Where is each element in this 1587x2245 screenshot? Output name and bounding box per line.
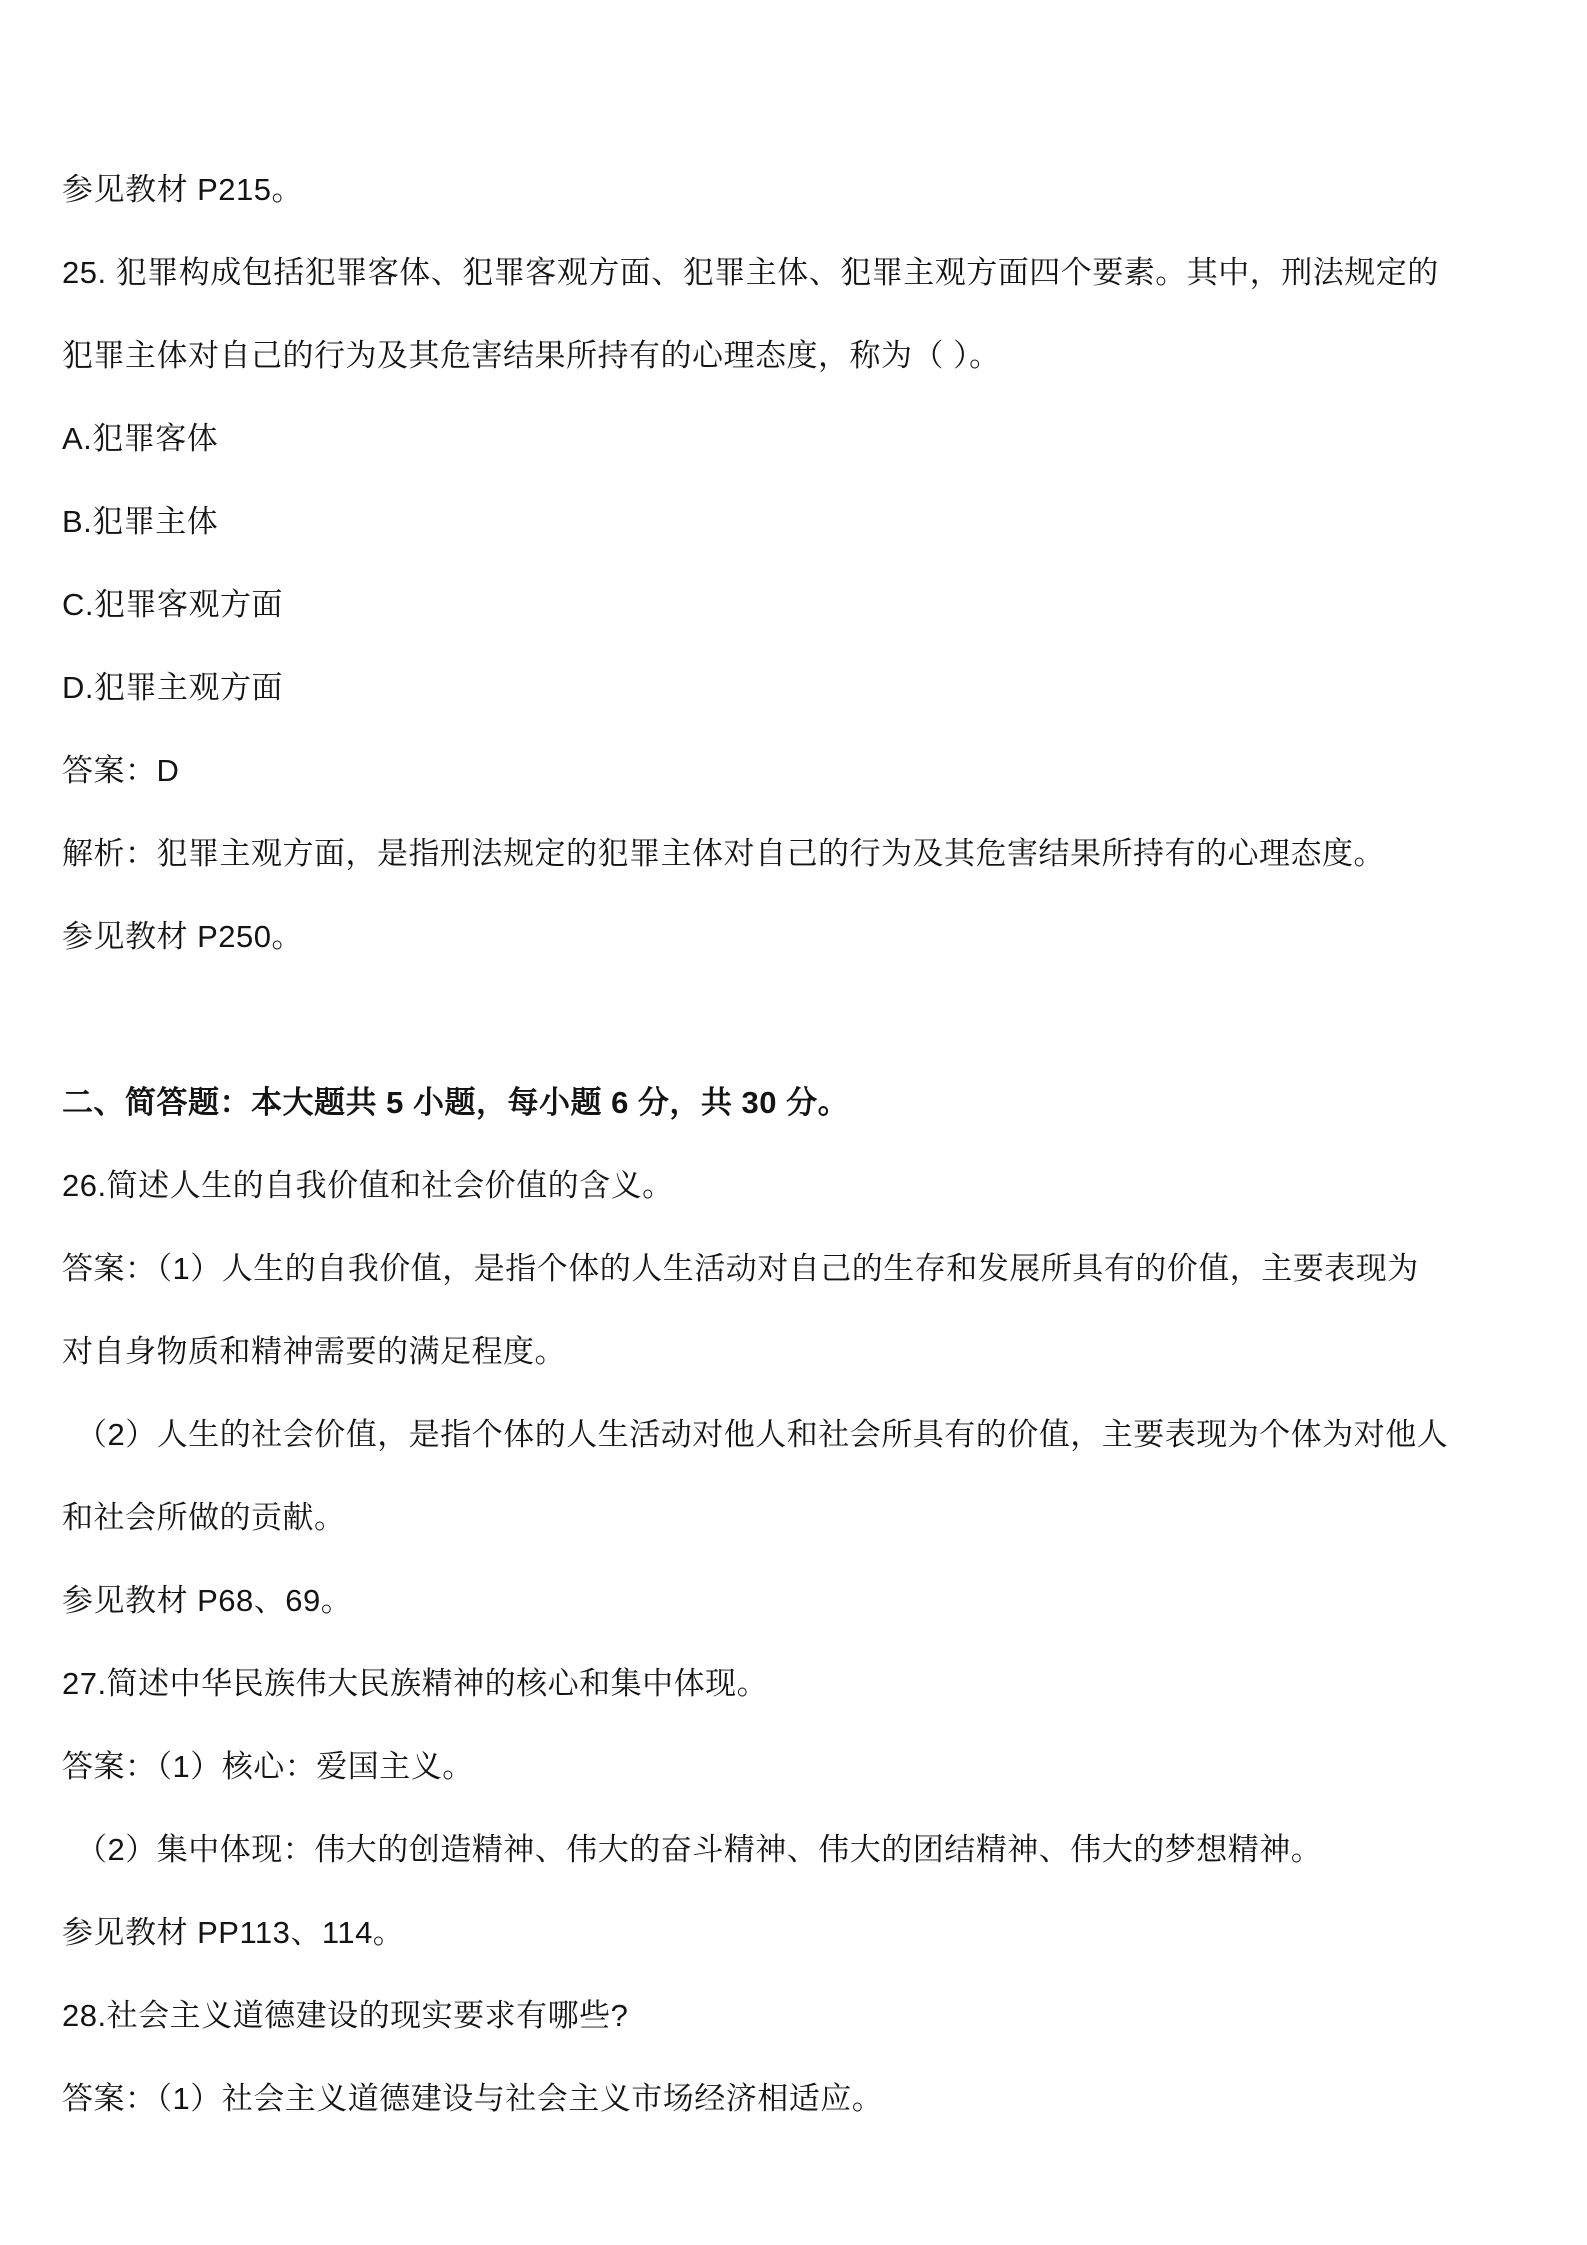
question-25-stem-line-1: 25. 犯罪构成包括犯罪客体、犯罪客观方面、犯罪主体、犯罪主观方面四个要素。其中… <box>62 231 1529 314</box>
section-2-heading: 二、简答题：本大题共 5 小题，每小题 6 分，共 30 分。 <box>62 1061 1529 1144</box>
textbook-reference-q25: 参见教材 P250。 <box>62 895 1529 978</box>
question-28-stem: 28.社会主义道德建设的现实要求有哪些? <box>62 1974 1529 2057</box>
textbook-reference-q24: 参见教材 P215。 <box>62 148 1529 231</box>
question-25-option-d: D.犯罪主观方面 <box>62 646 1529 729</box>
question-28-answer-line-1: 答案：（1）社会主义道德建设与社会主义市场经济相适应。 <box>62 2057 1529 2140</box>
question-25-answer: 答案：D <box>62 729 1529 812</box>
question-26-answer-line-2: 对自身物质和精神需要的满足程度。 <box>62 1310 1529 1393</box>
question-26-answer-line-1: 答案：（1）人生的自我价值，是指个体的人生活动对自己的生存和发展所具有的价值，主… <box>62 1227 1529 1310</box>
question-25-option-b: B.犯罪主体 <box>62 480 1529 563</box>
question-26-answer-line-4: 和社会所做的贡献。 <box>62 1476 1529 1559</box>
question-25-analysis: 解析：犯罪主观方面，是指刑法规定的犯罪主体对自己的行为及其危害结果所持有的心理态… <box>62 812 1529 895</box>
question-27-stem: 27.简述中华民族伟大民族精神的核心和集中体现。 <box>62 1642 1529 1725</box>
question-27-answer-line-2: （2）集中体现：伟大的创造精神、伟大的奋斗精神、伟大的团结精神、伟大的梦想精神。 <box>62 1808 1529 1891</box>
question-27-answer-line-1: 答案：（1）核心：爱国主义。 <box>62 1725 1529 1808</box>
textbook-reference-q27: 参见教材 PP113、114。 <box>62 1891 1529 1974</box>
question-25-option-a: A.犯罪客体 <box>62 397 1529 480</box>
question-26-stem: 26.简述人生的自我价值和社会价值的含义。 <box>62 1144 1529 1227</box>
blank-spacer <box>62 978 1529 1061</box>
document-page: 参见教材 P215。 25. 犯罪构成包括犯罪客体、犯罪客观方面、犯罪主体、犯罪… <box>0 0 1587 2245</box>
question-25-stem-line-2: 犯罪主体对自己的行为及其危害结果所持有的心理态度，称为（ ）。 <box>62 314 1529 397</box>
question-25-option-c: C.犯罪客观方面 <box>62 563 1529 646</box>
textbook-reference-q26: 参见教材 P68、69。 <box>62 1559 1529 1642</box>
question-26-answer-line-3: （2）人生的社会价值，是指个体的人生活动对他人和社会所具有的价值，主要表现为个体… <box>62 1393 1529 1476</box>
